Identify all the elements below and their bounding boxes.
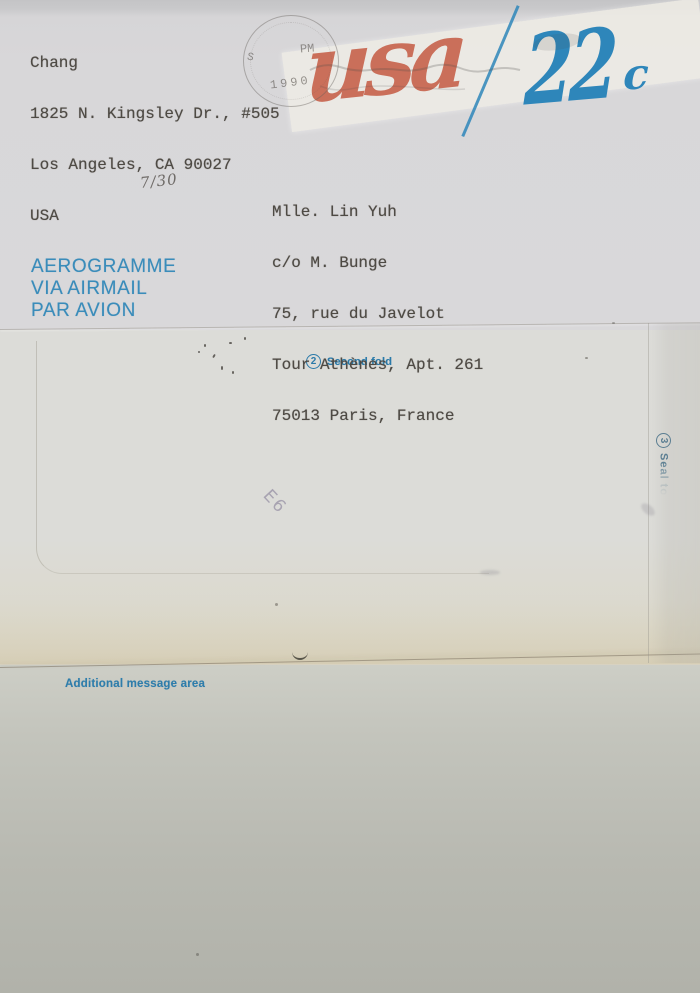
recipient-line: Mlle. Lin Yuh xyxy=(272,204,483,221)
ink-speck xyxy=(244,337,246,340)
seal-instruction: 3 Seal to xyxy=(656,433,671,496)
airmail-imprint: AEROGRAMME VIA AIRMAIL PAR AVION xyxy=(31,256,176,322)
airmail-line: VIA AIRMAIL xyxy=(31,278,176,300)
ink-speck xyxy=(221,366,223,370)
recipient-line: Tour Athènes, Apt. 261 xyxy=(272,357,483,374)
sender-line: 1825 N. Kingsley Dr., #505 xyxy=(30,106,280,123)
recipient-line: 75013 Paris, France xyxy=(272,408,483,425)
postmark-time: PM xyxy=(300,42,315,57)
sender-line: Los Angeles, CA 90027 xyxy=(30,157,280,174)
stamp-unit: c xyxy=(623,48,649,99)
airmail-line: PAR AVION xyxy=(31,300,176,322)
sender-line: Chang xyxy=(30,55,280,72)
sender-line: USA xyxy=(30,208,280,225)
ink-speck xyxy=(198,351,200,353)
ink-speck xyxy=(232,371,234,374)
recipient-line: 75, rue du Javelot xyxy=(272,306,483,323)
recipient-address: Mlle. Lin Yuh c/o M. Bunge 75, rue du Ja… xyxy=(272,170,483,459)
ink-speck xyxy=(275,603,278,606)
bottom-panel xyxy=(0,665,700,993)
ink-speck xyxy=(196,953,199,956)
ink-speck xyxy=(229,342,232,344)
recipient-line: c/o M. Bunge xyxy=(272,255,483,272)
circled-number-icon: 3 xyxy=(656,433,671,448)
sender-address: Chang 1825 N. Kingsley Dr., #505 Los Ang… xyxy=(30,21,280,259)
ink-speck xyxy=(612,322,615,324)
ink-speck xyxy=(204,344,206,347)
message-area-label: Additional message area xyxy=(65,678,205,690)
ink-speck xyxy=(585,357,588,359)
aerogramme-sheet: usa 22c PM 1990 S Chang 1825 N. Kingsley… xyxy=(0,0,700,993)
smudge-mark xyxy=(480,570,500,575)
seal-label: Seal to xyxy=(658,453,670,496)
airmail-line: AEROGRAMME xyxy=(31,256,176,278)
